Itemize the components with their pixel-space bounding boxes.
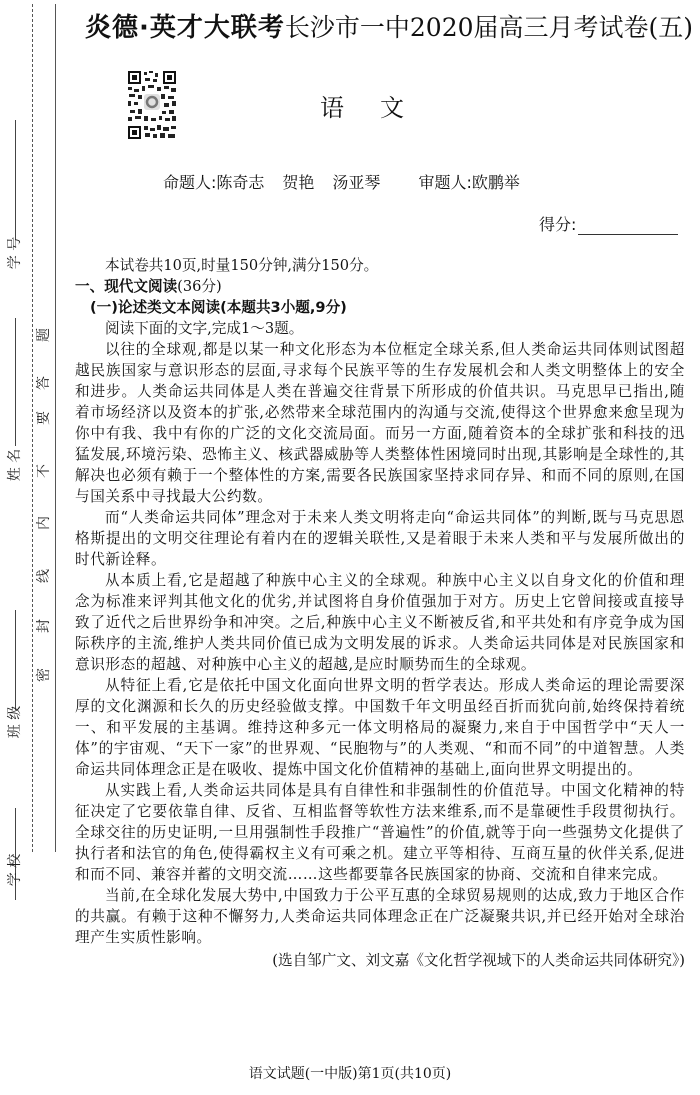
seal-char: 密: [34, 665, 54, 685]
exam-title: 炎德·英才大联考长沙市一中2020届高三月考试卷(五): [85, 6, 695, 50]
class-underline: [15, 610, 16, 710]
setter-name: 贺艳: [282, 173, 314, 192]
reviewer-label: 审题人:欧鹏举: [418, 173, 519, 192]
passage-paragraph: 从特征上看,它是依托中国文化面向世界文明的哲学表达。形成人类命运的理论需要深厚的…: [75, 675, 685, 780]
subject-title: 语文: [320, 88, 460, 123]
passage-paragraph: 而“人类命运共同体”理念对于未来人类文明将走向“命运共同体”的判断,既与马克思恩…: [75, 507, 685, 570]
section-title: 一、现代文阅读: [75, 278, 177, 295]
exam-title-main: 长沙市一中2020届高三月考试卷(五): [285, 13, 693, 42]
exam-instructions: 本试卷共10页,时量150分钟,满分150分。: [75, 255, 685, 276]
seal-char: 不: [34, 461, 54, 481]
seal-char: 题: [34, 325, 54, 345]
score-field: 得分:: [539, 212, 678, 235]
subsection-heading: (一)论述类文本阅读(本题共3小题,9分): [75, 297, 685, 318]
qr-code-icon[interactable]: [127, 70, 177, 140]
authors-line: 命题人:陈奇志贺艳汤亚琴审题人:欧鹏举: [163, 170, 538, 193]
seal-char: 答: [34, 373, 54, 393]
passage-source: (选自邹广文、刘文嘉《文化哲学视域下的人类命运共同体研究》): [75, 950, 685, 971]
reading-instruction: 阅读下面的文字,完成1～3题。: [75, 318, 685, 339]
seal-char: 内: [34, 513, 54, 533]
passage-paragraph: 从实践上看,人类命运共同体是具有自律性和非强制性的价值范导。中国文化精神的特征决…: [75, 780, 685, 885]
seal-dotted-line: [32, 4, 33, 852]
exam-content: 本试卷共10页,时量150分钟,满分150分。 一、现代文阅读(36分) (一)…: [75, 255, 685, 971]
score-label: 得分:: [539, 215, 576, 234]
class-label: 班 级: [5, 702, 25, 742]
section-heading: 一、现代文阅读(36分): [75, 276, 685, 297]
margin-solid-line: [55, 4, 56, 852]
passage-paragraph: 当前,在全球化发展大势中,中国致力于公平互惠的全球贸易规则的达成,致力于地区合作…: [75, 885, 685, 948]
seal-char: 封: [34, 616, 54, 636]
seal-char: 要: [34, 408, 54, 428]
page-footer: 语文试题(一中版)第1页(共10页): [0, 1063, 700, 1083]
student-number-underline: [15, 120, 16, 240]
name-label: 姓 名: [5, 445, 25, 485]
passage-paragraph: 以往的全球观,都是以某一种文化形态为本位框定全球关系,但人类命运共同体则试图超越…: [75, 339, 685, 507]
passage-paragraph: 从本质上看,它是超越了种族中心主义的全球观。种族中心主义以自身文化的价值和理念为…: [75, 570, 685, 675]
student-number-label: 学 号: [5, 233, 25, 273]
name-underline: [15, 318, 16, 446]
section-points: (36分): [177, 278, 222, 295]
setter-label: 命题人:陈奇志: [163, 173, 264, 192]
school-label: 学 校: [5, 850, 25, 890]
setter-name: 汤亚琴: [332, 173, 380, 192]
seal-char: 线: [34, 566, 54, 586]
score-input-line[interactable]: [578, 218, 678, 235]
exam-title-brand: 炎德·英才大联考: [85, 13, 285, 43]
